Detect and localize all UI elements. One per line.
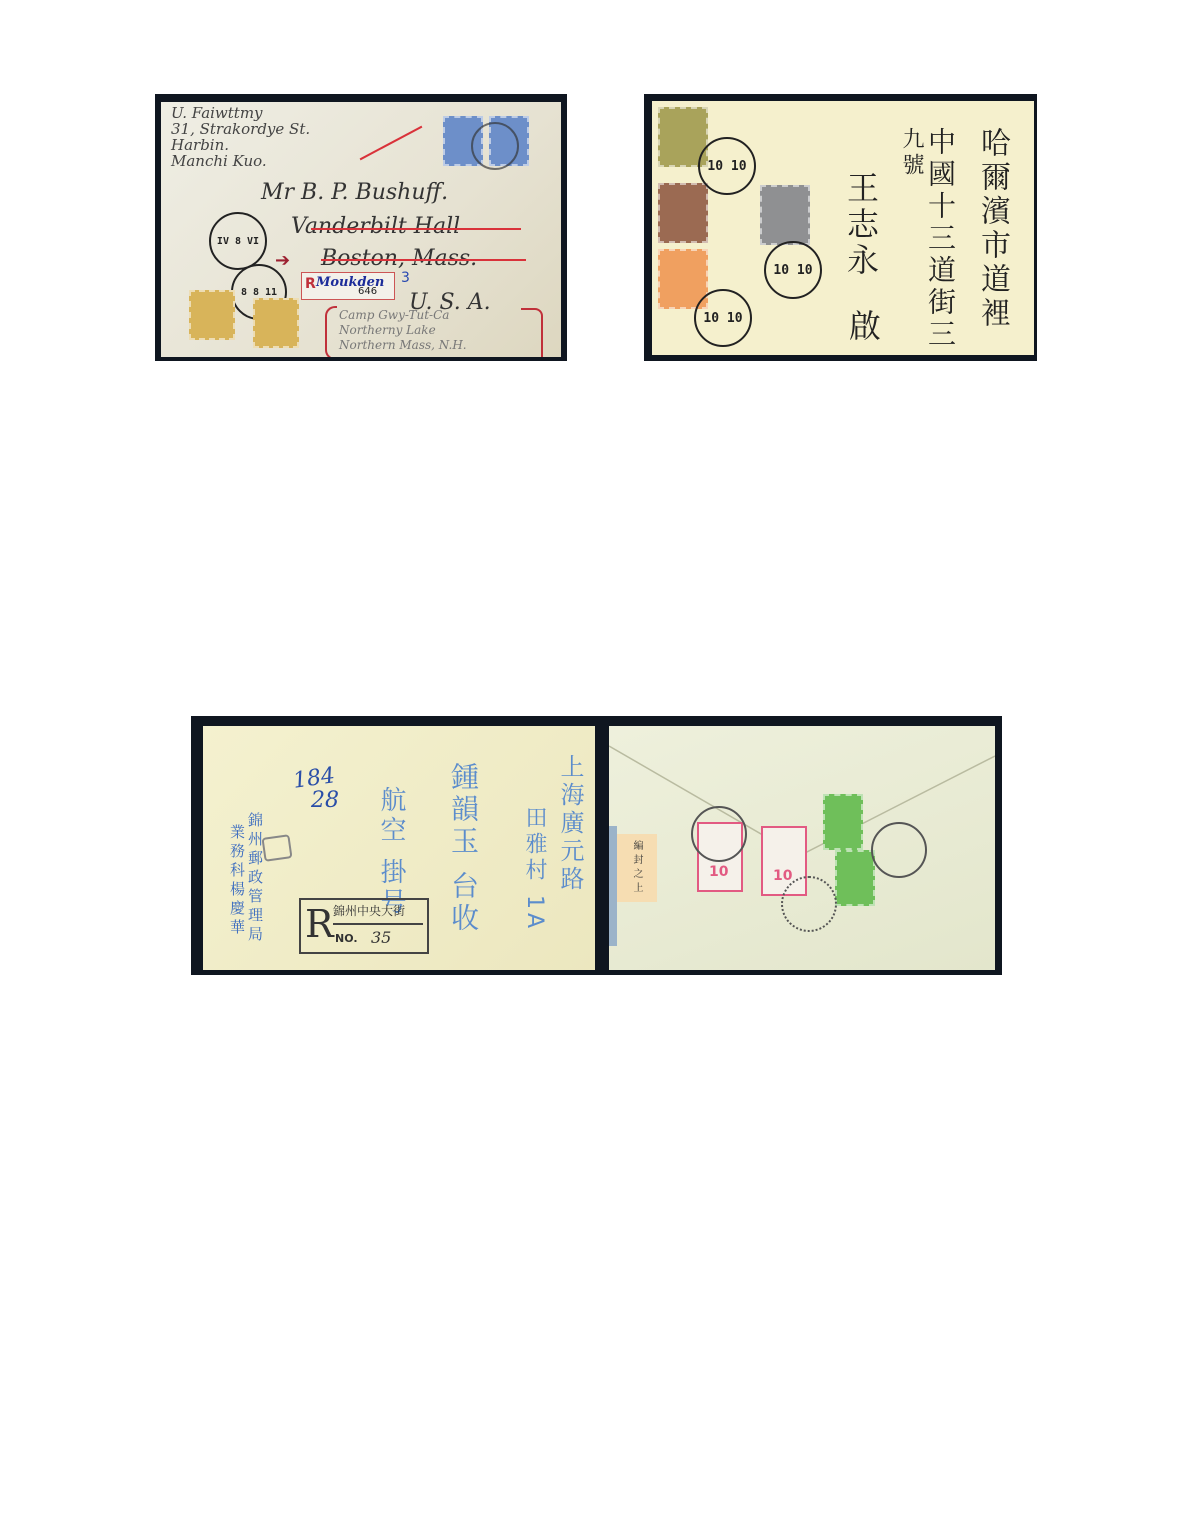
postmark: IV 8 VI xyxy=(209,212,267,270)
envelope-front: U. Faiwttmy 31, Strakordye St. Harbin. M… xyxy=(161,102,561,357)
registration-letter: R xyxy=(305,276,316,292)
address-line-2: 田雅村 1A xyxy=(519,806,550,932)
number-note: 28 xyxy=(311,788,339,813)
registration-box: R 錦州中央大街 NO. 35 xyxy=(299,898,429,954)
registration-no-label: NO. xyxy=(335,932,358,945)
registration-number: 35 xyxy=(371,928,391,947)
postmark xyxy=(871,822,927,878)
red-cross-mark xyxy=(360,126,423,161)
address-line-3: 九號 xyxy=(896,127,927,179)
registration-label: R Moukden 646 xyxy=(301,272,395,300)
gray-stamp xyxy=(760,185,810,245)
postmark xyxy=(781,876,837,932)
forward-address-3: Northern Mass, N.H. xyxy=(339,338,467,352)
sender-line-2: 業務科楊慶華 xyxy=(227,824,248,938)
stamp-value: 10 xyxy=(773,868,792,884)
envelope-back: 編封之上 10 10 xyxy=(609,726,995,970)
postmark xyxy=(471,122,519,170)
postmark: 10 10 xyxy=(764,241,822,299)
forward-address-2: Northerny Lake xyxy=(339,323,436,337)
label-text: 編封之上 xyxy=(629,840,644,896)
old-address-line-1: Vanderbilt Hall xyxy=(291,214,460,239)
strikethrough xyxy=(311,228,521,230)
blue-tear xyxy=(609,826,617,946)
registration-extra: 3 xyxy=(401,270,410,286)
strikethrough xyxy=(321,259,526,261)
postmark xyxy=(691,806,747,862)
forward-address-1: Camp Gwy-Tut-Ca xyxy=(339,308,449,322)
closing: 啟 xyxy=(840,309,886,345)
registration-number: 646 xyxy=(358,286,377,297)
sender-line-4: Manchi Kuo. xyxy=(171,152,267,170)
small-box-mark xyxy=(261,834,292,862)
recipient-name: 鍾韻玉 台收 xyxy=(443,762,483,935)
cover-photo-1: U. Faiwttmy 31, Strakordye St. Harbin. M… xyxy=(155,94,567,361)
address-line-1: 上海廣元路 xyxy=(553,754,588,894)
green-stamp xyxy=(823,794,863,850)
recipient-name: 王志永 xyxy=(838,171,884,279)
yellow-stamp xyxy=(189,290,235,340)
registration-letter: R xyxy=(305,902,334,946)
green-stamp xyxy=(835,850,875,906)
registration-place: 錦州中央大街 xyxy=(333,902,423,925)
sender-line-1: 錦州郵政管理局 xyxy=(245,812,266,945)
red-arrow-icon: ➔ xyxy=(275,250,290,271)
cover-photo-2: 10 10 10 10 10 10 哈爾濱市道裡 中國十三道街三 九號 王志永 … xyxy=(644,94,1037,361)
postmark: 10 10 xyxy=(698,137,756,195)
yellow-stamp xyxy=(253,298,299,348)
torn-label: 編封之上 xyxy=(615,834,657,902)
brown-stamp xyxy=(658,183,708,243)
address-line-1: 哈爾濱市道裡 xyxy=(970,127,1014,331)
red-arrow-line xyxy=(521,308,543,357)
addressee: Mr B. P. Bushuff. xyxy=(261,180,448,205)
postmark: 10 10 xyxy=(694,289,752,347)
cover-photo-3: 184 28 上海廣元路 田雅村 1A 鍾韻玉 台收 航空 掛号 錦州郵政管理局… xyxy=(191,716,1002,975)
stamp-value: 10 xyxy=(709,864,728,880)
envelope-front: 10 10 10 10 10 10 哈爾濱市道裡 中國十三道街三 九號 王志永 … xyxy=(652,101,1034,355)
envelope-front: 184 28 上海廣元路 田雅村 1A 鍾韻玉 台收 航空 掛号 錦州郵政管理局… xyxy=(203,726,595,970)
red-bracket xyxy=(325,306,337,357)
